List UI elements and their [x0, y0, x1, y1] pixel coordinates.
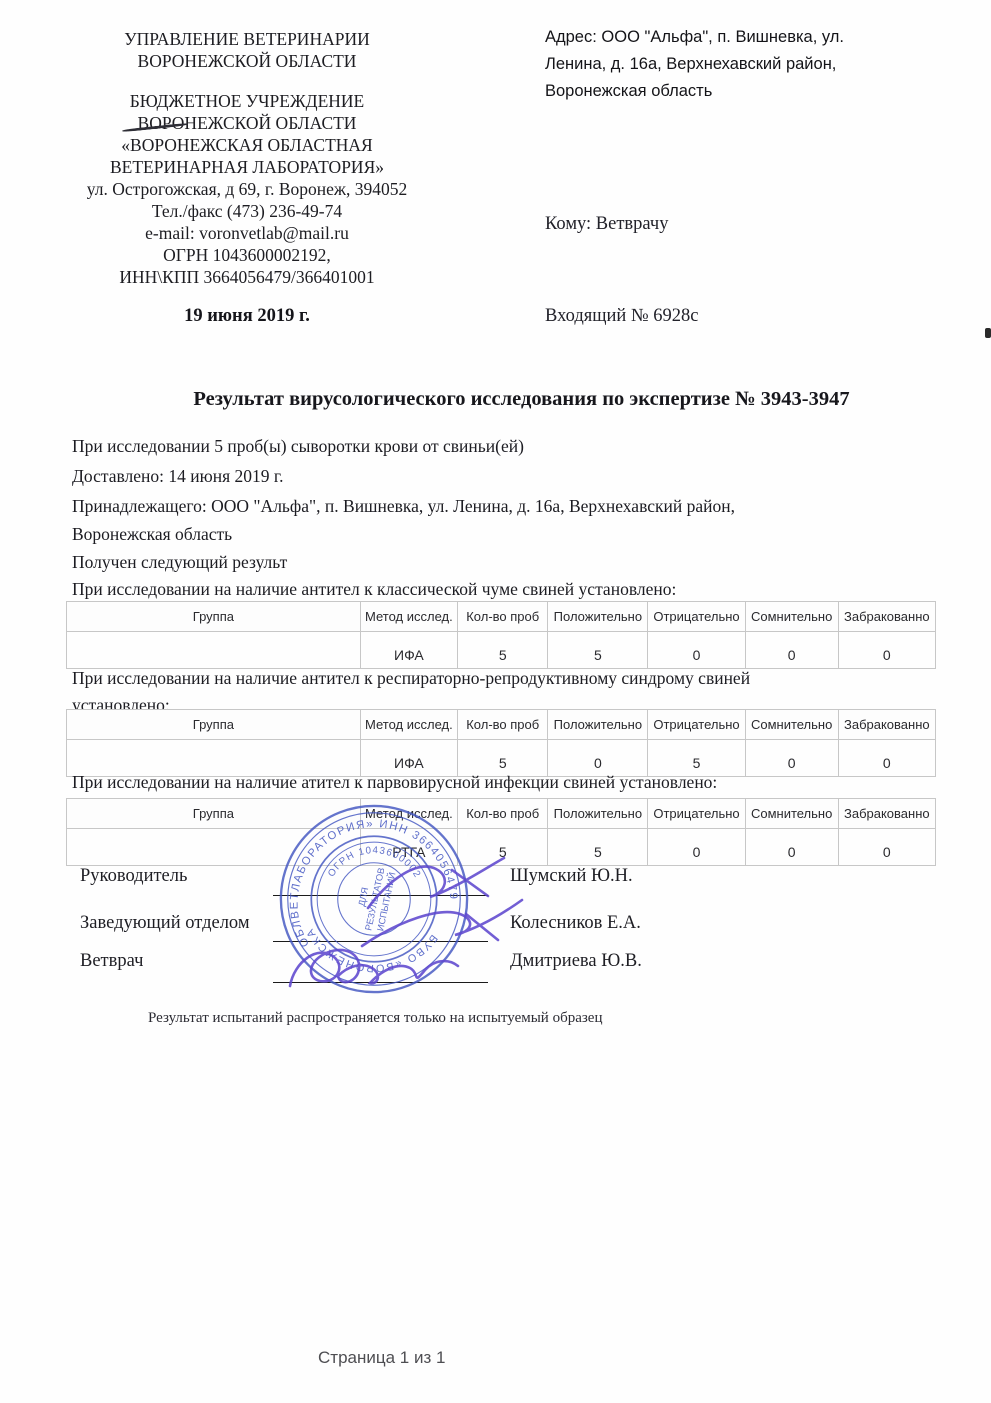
- cell-positive: 0: [548, 740, 648, 777]
- ink-signature-vet: [290, 950, 458, 986]
- scan-artifact: [985, 328, 991, 338]
- col-negative: Отрицательно: [648, 710, 745, 740]
- table2-caption-line1: При исследовании на наличие антител к ре…: [72, 668, 750, 689]
- col-positive: Положительно: [548, 799, 648, 829]
- body-owner-line2: Воронежская область: [72, 524, 232, 545]
- recipient-address: Адрес: ООО "Альфа", п. Вишневка, ул. Лен…: [545, 24, 850, 105]
- signature-role-vet: Ветврач: [80, 951, 143, 972]
- recipient-to: Кому: Ветврачу: [545, 214, 668, 235]
- body-owner-line1: Принадлежащего: ООО "Альфа", п. Вишневка…: [72, 496, 735, 517]
- col-positive: Положительно: [548, 602, 648, 632]
- table-header-row: Группа Метод исслед. Кол-во проб Положит…: [67, 710, 936, 740]
- document-page: УПРАВЛЕНИЕ ВЕТЕРИНАРИИ ВОРОНЕЖСКОЙ ОБЛАС…: [0, 0, 991, 1403]
- org-ogrn: ОГРН 1043600002192,: [68, 244, 426, 266]
- cell-samples: 5: [458, 632, 548, 669]
- col-samples: Кол-во проб: [458, 710, 548, 740]
- col-positive: Положительно: [548, 710, 648, 740]
- col-negative: Отрицательно: [648, 799, 745, 829]
- org-inn-kpp: ИНН\КПП 3664056479/366401001: [68, 266, 426, 288]
- document-title: Результат вирусологического исследования…: [0, 388, 991, 411]
- org-authority-line2: ВОРОНЕЖСКОЙ ОБЛАСТИ: [68, 50, 426, 72]
- signature-role-director: Руководитель: [80, 866, 187, 887]
- body-samples-line: При исследовании 5 проб(ы) сыворотки кро…: [72, 436, 524, 457]
- body-result-line: Получен следующий результ: [72, 552, 287, 573]
- org-name-line4: ВЕТЕРИНАРНАЯ ЛАБОРАТОРИЯ»: [68, 156, 426, 178]
- cell-rejected: 0: [838, 740, 935, 777]
- org-name-line1: БЮДЖЕТНОЕ УЧРЕЖДЕНИЕ: [68, 90, 426, 112]
- col-rejected: Забракованно: [838, 710, 935, 740]
- cell-positive: 5: [548, 829, 648, 866]
- cell-rejected: 0: [838, 632, 935, 669]
- footnote-disclaimer: Результат испытаний распространяется тол…: [148, 1010, 602, 1027]
- cell-group: [67, 632, 361, 669]
- table-header-row: Группа Метод исслед. Кол-во проб Положит…: [67, 602, 936, 632]
- cell-doubtful: 0: [745, 632, 838, 669]
- org-name-line3: «ВОРОНЕЖСКАЯ ОБЛАСТНАЯ: [68, 134, 426, 156]
- col-method: Метод исслед.: [360, 710, 457, 740]
- col-method: Метод исслед.: [360, 602, 457, 632]
- cell-method: ИФА: [360, 632, 457, 669]
- cell-negative: 0: [648, 829, 745, 866]
- col-rejected: Забракованно: [838, 602, 935, 632]
- letterhead-left: УПРАВЛЕНИЕ ВЕТЕРИНАРИИ ВОРОНЕЖСКОЙ ОБЛАС…: [68, 28, 426, 288]
- cell-samples: 5: [458, 740, 548, 777]
- table-row: ИФА 5 0 5 0 0: [67, 740, 936, 777]
- body-delivered-line: Доставлено: 14 июня 2019 г.: [72, 466, 283, 487]
- org-authority-line1: УПРАВЛЕНИЕ ВЕТЕРИНАРИИ: [68, 28, 426, 50]
- incoming-number: Входящий № 6928с: [545, 306, 698, 327]
- ink-signature-director: [368, 858, 504, 908]
- org-name-line2: ВОРОНЕЖСКОЙ ОБЛАСТИ: [68, 112, 426, 134]
- cell-group: [67, 740, 361, 777]
- col-group: Группа: [67, 710, 361, 740]
- document-date: 19 июня 2019 г.: [68, 306, 426, 327]
- org-email: e-mail: voronvetlab@mail.ru: [68, 222, 426, 244]
- signature-role-head: Заведующий отделом: [80, 913, 250, 934]
- table1-caption: При исследовании на наличие антител к кл…: [72, 579, 676, 600]
- col-doubtful: Сомнительно: [745, 799, 838, 829]
- ink-signature-director-tick: [452, 870, 488, 896]
- handwritten-signatures: [250, 820, 560, 1010]
- cell-doubtful: 0: [745, 829, 838, 866]
- cell-negative: 5: [648, 740, 745, 777]
- cell-positive: 5: [548, 632, 648, 669]
- cell-rejected: 0: [838, 829, 935, 866]
- col-group: Группа: [67, 602, 361, 632]
- org-street-address: ул. Острогожская, д 69, г. Воронеж, 3940…: [68, 178, 426, 200]
- page-number: Страница 1 из 1: [318, 1348, 445, 1368]
- col-negative: Отрицательно: [648, 602, 745, 632]
- org-phone: Тел./факс (473) 236-49-74: [68, 200, 426, 222]
- results-table-csf: Группа Метод исслед. Кол-во проб Положит…: [66, 601, 936, 669]
- results-table-prrs: Группа Метод исслед. Кол-во проб Положит…: [66, 709, 936, 777]
- table-row: ИФА 5 5 0 0 0: [67, 632, 936, 669]
- col-doubtful: Сомнительно: [745, 602, 838, 632]
- cell-doubtful: 0: [745, 740, 838, 777]
- table3-caption: При исследовании на наличие атител к пар…: [72, 772, 717, 793]
- col-rejected: Забракованно: [838, 799, 935, 829]
- col-doubtful: Сомнительно: [745, 710, 838, 740]
- cell-method: ИФА: [360, 740, 457, 777]
- col-samples: Кол-во проб: [458, 602, 548, 632]
- cell-negative: 0: [648, 632, 745, 669]
